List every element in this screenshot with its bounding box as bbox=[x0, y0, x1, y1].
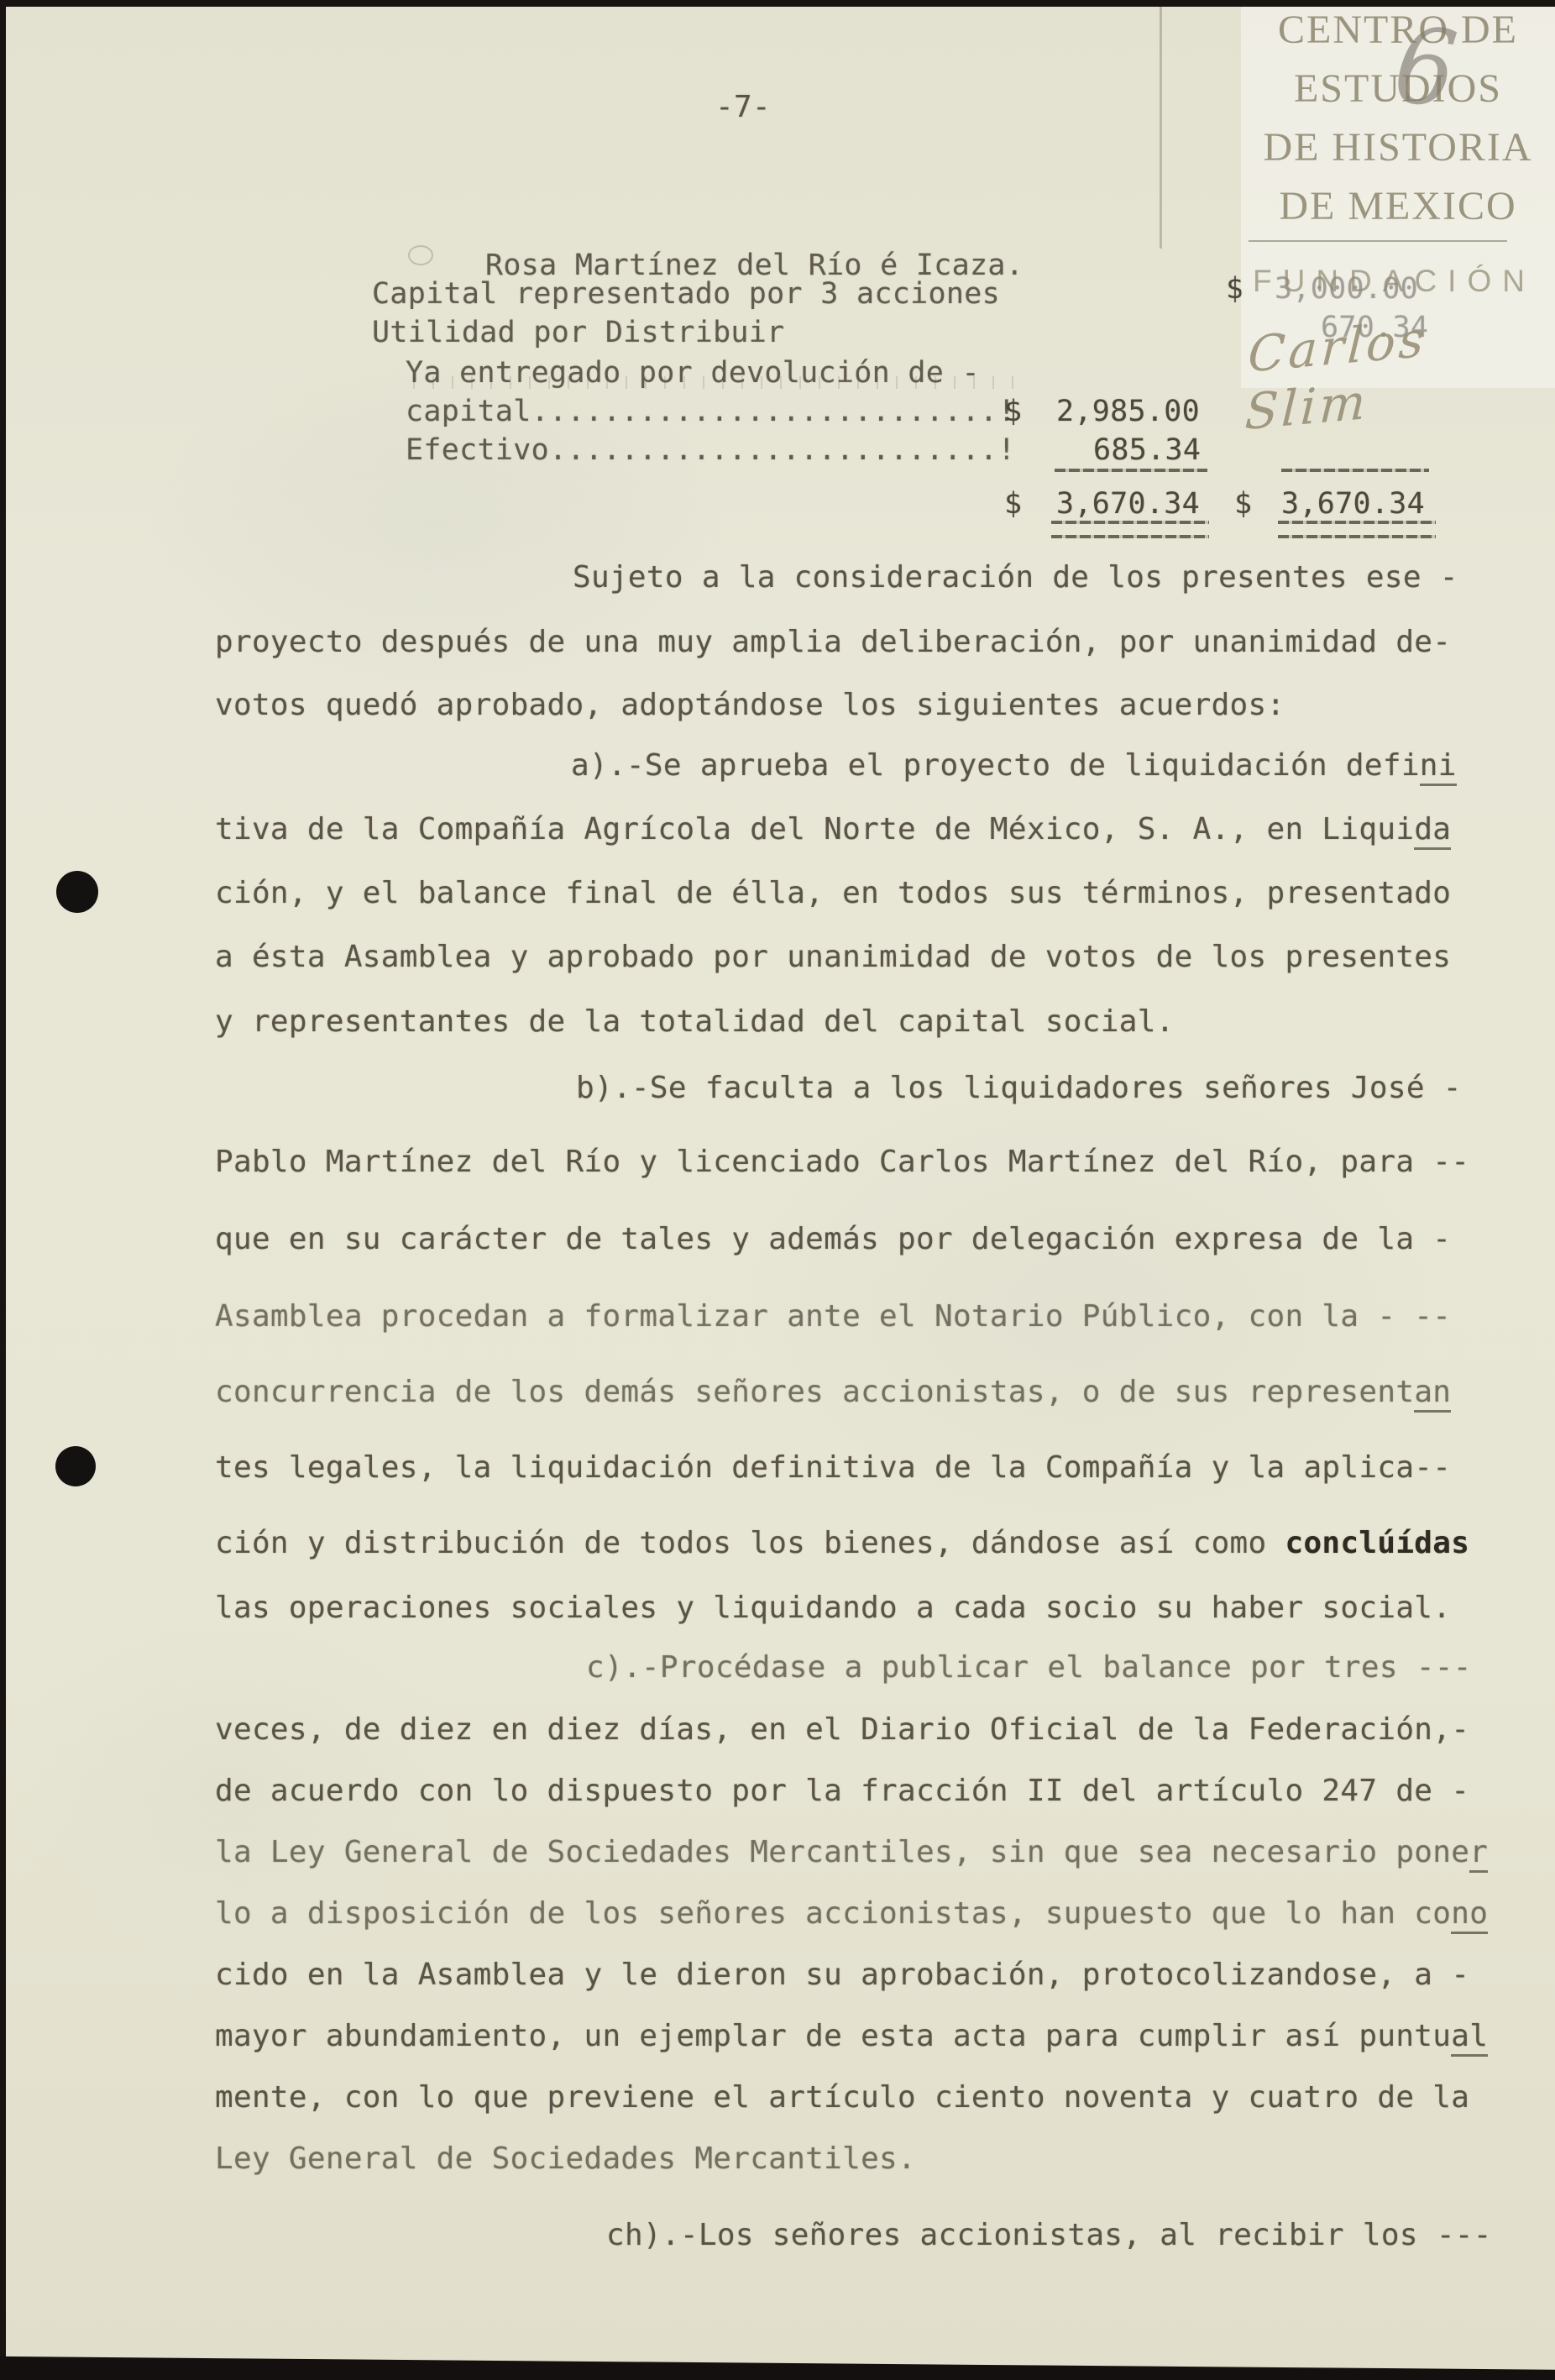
body-line: a).-Se aprueba el proyecto de liquidació… bbox=[571, 749, 1457, 783]
paper-crease bbox=[1160, 0, 1162, 249]
total-underline-left-2 bbox=[1051, 535, 1209, 538]
body-line: proyecto después de una muy amplia delib… bbox=[215, 626, 1451, 659]
delivered-heading: Ya entregado por devolución de - bbox=[406, 356, 980, 390]
total-underline-right-2 bbox=[1278, 535, 1436, 538]
body-line: cido en la Asamblea y le dieron su aprob… bbox=[215, 1958, 1469, 1992]
total-currency-left: $ bbox=[1004, 487, 1022, 521]
hole-punch-bottom bbox=[55, 1446, 96, 1486]
total-currency-right: $ bbox=[1234, 487, 1252, 521]
body-line: veces, de diez en diez días, en el Diari… bbox=[215, 1713, 1469, 1747]
body-line: Sujeto a la consideración de los present… bbox=[573, 561, 1458, 595]
body-line: votos quedó aprobado, adoptándose los si… bbox=[215, 689, 1285, 722]
body-line: tiva de la Compañía Agrícola del Norte d… bbox=[215, 813, 1451, 847]
body-line: Asamblea procedan a formalizar ante el N… bbox=[215, 1300, 1451, 1334]
delivered-row-capital-amount: 2,985.00 bbox=[1056, 395, 1200, 428]
page-number: -7- bbox=[715, 91, 771, 124]
body-line: la Ley General de Sociedades Mercantiles… bbox=[215, 1836, 1488, 1869]
watermark-line-4: DE MEXICO bbox=[1241, 183, 1555, 229]
watermark-line-2: ESTUDIOS bbox=[1241, 66, 1555, 112]
delivered-row-cash-label: Efectivo.........................! bbox=[406, 433, 1016, 467]
body-line: mayor abundamiento, un ejemplar de esta … bbox=[215, 2020, 1488, 2053]
delivered-row-capital-currency: $ bbox=[1004, 395, 1022, 428]
statement-row1-label: Capital representado por 3 acciones bbox=[372, 277, 1000, 311]
body-line: ción, y el balance final de élla, en tod… bbox=[215, 877, 1451, 910]
body-line: concurrencia de los demás señores accion… bbox=[215, 1376, 1451, 1409]
scan-edge-left bbox=[0, 0, 6, 2380]
ghost-mark bbox=[408, 245, 433, 265]
total-amount-left: 3,670.34 bbox=[1056, 487, 1200, 521]
delivered-row-capital-label: capital..........................! bbox=[406, 395, 1016, 428]
total-underline-left-1 bbox=[1051, 521, 1209, 524]
body-line: c).-Procédase a publicar el balance por … bbox=[586, 1651, 1472, 1685]
scan-edge-top bbox=[0, 0, 1555, 7]
total-amount-right: 3,670.34 bbox=[1281, 487, 1425, 521]
body-line: las operaciones sociales y liquidando a … bbox=[215, 1591, 1451, 1625]
scanned-document: -7- Rosa Martínez del Río é Icaza. Capit… bbox=[0, 0, 1555, 2380]
watermark-divider bbox=[1249, 240, 1507, 242]
body-line: lo a disposición de los señores accionis… bbox=[215, 1897, 1488, 1931]
watermark-line-1: CENTRO DE bbox=[1241, 7, 1555, 53]
body-line: ch).-Los señores accionistas, al recibir… bbox=[606, 2219, 1492, 2252]
body-line: a ésta Asamblea y aprobado por unanimida… bbox=[215, 941, 1451, 974]
delivered-row-cash-amount: 685.34 bbox=[1093, 433, 1201, 467]
body-line: mente, con lo que previene el artículo c… bbox=[215, 2081, 1469, 2115]
watermark-foundation-label: FUNDACIÓN bbox=[1253, 264, 1555, 299]
body-line: Ley General de Sociedades Mercantiles. bbox=[215, 2142, 916, 2176]
subtotal-underline-left bbox=[1055, 469, 1207, 472]
watermark-line-3: DE HISTORIA bbox=[1241, 124, 1555, 170]
body-line: tes legales, la liquidación definitiva d… bbox=[215, 1451, 1451, 1485]
hole-punch-top bbox=[56, 871, 98, 913]
body-line: que en su carácter de tales y además por… bbox=[215, 1223, 1451, 1256]
body-line: Pablo Martínez del Río y licenciado Carl… bbox=[215, 1145, 1469, 1179]
body-line: b).-Se faculta a los liquidadores señore… bbox=[576, 1072, 1462, 1105]
statement-row2-label: Utilidad por Distribuir bbox=[372, 316, 785, 349]
total-underline-right-1 bbox=[1278, 521, 1436, 524]
body-line: ción y distribución de todos los bienes,… bbox=[215, 1527, 1469, 1560]
subtotal-underline-right bbox=[1281, 469, 1429, 472]
body-line: y representantes de la totalidad del cap… bbox=[215, 1005, 1175, 1039]
body-line: de acuerdo con lo dispuesto por la fracc… bbox=[215, 1775, 1469, 1808]
